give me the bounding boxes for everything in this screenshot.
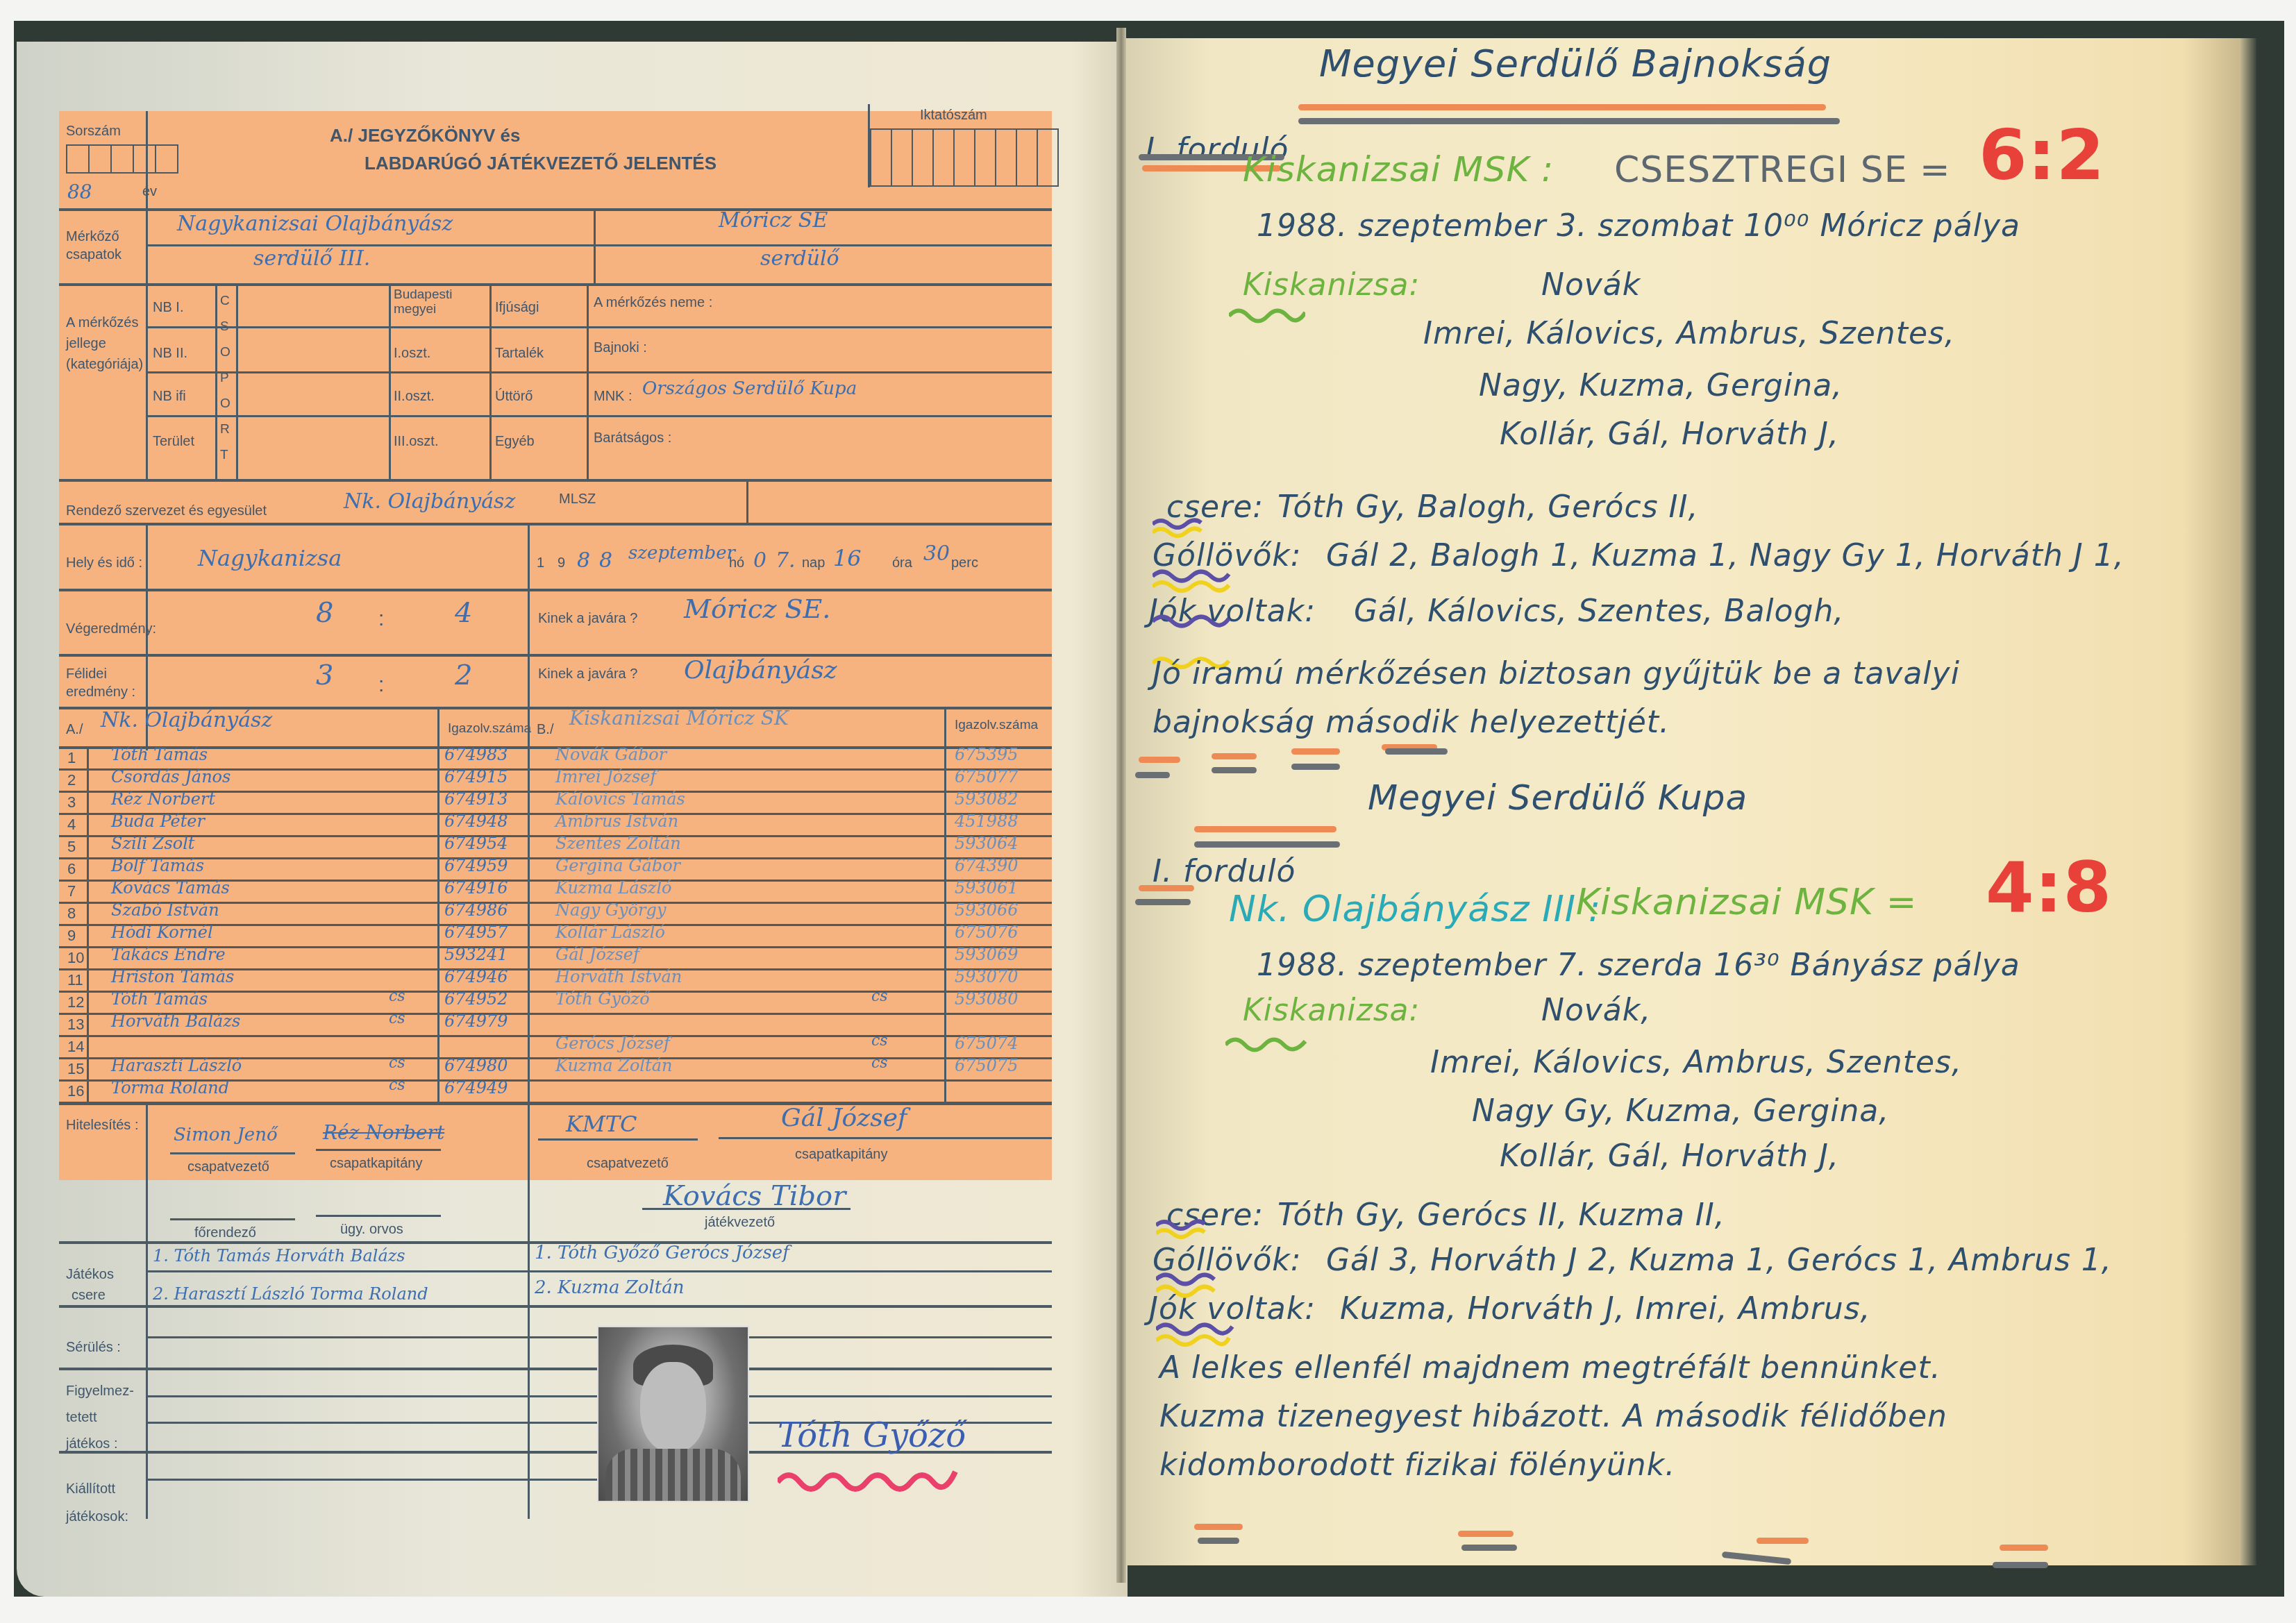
iktatoszam-boxes <box>870 128 1059 187</box>
player-a-number: 6 <box>67 860 76 878</box>
match-type-mnk-value: Országos Serdülő Kupa <box>642 378 857 399</box>
score-separator: : <box>378 607 384 630</box>
match2-lineup-2: Nagy Gy, Kuzma, Gergina, <box>1472 1093 1889 1129</box>
csoport-label: CSOPORT <box>220 288 230 468</box>
score-separator: : <box>378 673 384 696</box>
iktatoszam-label: Iktatószám <box>920 108 987 123</box>
felidei-a: 3 <box>316 659 333 691</box>
team-b-category: serdülő <box>760 246 839 271</box>
player-b-id: 675075 <box>955 1056 1019 1075</box>
day-digit-2: 7. <box>776 548 796 573</box>
green-wavy-underline <box>1225 1034 1309 1055</box>
match1-score: 6:2 <box>1979 115 2105 196</box>
player-a-id: 674948 <box>444 811 508 831</box>
player-b-name: Gerócs József <box>555 1034 670 1053</box>
ev-label: év <box>142 184 157 199</box>
day-label: nap <box>802 555 825 571</box>
sig-b-captain-label: csapatkapitány <box>795 1147 887 1162</box>
notebook-title-1: Megyei Serdülő Bajnokság <box>1319 42 1832 85</box>
forendezo-label: főrendező <box>194 1225 256 1241</box>
player-a-number: 9 <box>67 927 76 945</box>
vegeredmeny-winner-label: Kinek a javára ? <box>538 611 637 626</box>
match2-lineup-3: Kollár, Gál, Horváth J, <box>1500 1138 1839 1174</box>
player-a-id: 674913 <box>444 789 508 809</box>
match1-csere: Tóth Gy, Balogh, Gerócs II, <box>1277 489 1698 525</box>
player-b-id: 675395 <box>955 745 1019 764</box>
sorszam-label: Sorszám <box>66 124 121 139</box>
player-b-name: Horváth István <box>555 967 682 986</box>
player-b-id: 675076 <box>955 923 1019 942</box>
player-a-name: Bolf Tamás <box>111 856 204 875</box>
player-b-mark: cs <box>871 1032 888 1050</box>
match2-good: Kuzma, Horváth J, Imrei, Ambrus, <box>1340 1291 1871 1327</box>
cat-i-oszt: I.oszt. <box>394 346 430 361</box>
player-a-number: 11 <box>67 971 83 989</box>
minute-value: 30 <box>923 541 950 566</box>
player-a-id: 674959 <box>444 856 508 875</box>
player-a-name: Kovács Tamás <box>111 878 230 898</box>
player-photo <box>597 1326 749 1502</box>
match-report-form: Sorszám 88 év A./ JEGYZŐKÖNYV és LABDARÚ… <box>59 111 1052 1180</box>
player-a-mark: cs <box>389 1010 405 1027</box>
player-b-name: Gál József <box>555 945 639 964</box>
hely-value: Nagykanizsa <box>198 545 342 571</box>
match1-team-label: Kiskanizsa: <box>1243 267 1420 303</box>
player-a-mark: cs <box>389 988 405 1005</box>
player-a-id: 674949 <box>444 1078 508 1098</box>
match1-lineup-0: Novák <box>1541 267 1641 303</box>
sig-a-leader: Simon Jenő <box>174 1125 278 1145</box>
cat-iii-oszt: III.oszt. <box>394 434 438 449</box>
sig-b-captain: Gál József <box>781 1104 907 1132</box>
sorszam-boxes <box>66 144 178 174</box>
month-value: szeptember <box>628 543 735 564</box>
team-a-header: Nk. Olajbányász <box>101 708 272 732</box>
match1-lineup-3: Kollár, Gál, Horváth J, <box>1500 417 1839 452</box>
player-a-id: 674916 <box>444 878 508 898</box>
player-a-name: Hriston Tamás <box>111 967 234 986</box>
jelleg-label: A mérkőzésjellege(kategóriája) <box>66 312 143 375</box>
match2-comment-0: A lelkes ellenfél majdnem megtréfált ben… <box>1159 1350 1941 1386</box>
player-b-id: 451988 <box>955 811 1019 831</box>
match1-lineup-2: Nagy, Kuzma, Gergina, <box>1479 368 1843 403</box>
player-a-number: 12 <box>67 993 84 1011</box>
player-b-name: Kollár László <box>555 923 665 942</box>
sig-a-leader-label: csapatvezető <box>187 1159 269 1175</box>
match2-comment-2: kidomborodott fizikai fölényünk. <box>1159 1447 1675 1483</box>
csere-b-1: 1. Tóth Győző Gerócs József <box>535 1243 789 1263</box>
player-b-mark: cs <box>871 1054 888 1072</box>
photo-caption: Tóth Győző <box>778 1416 966 1455</box>
player-a-name: Szili Zsolt <box>111 834 195 853</box>
hour-value: 16 <box>833 545 862 571</box>
player-b-name: Nagy György <box>555 900 666 920</box>
felidei-winner: Olajbányász <box>684 656 837 684</box>
player-b-id: 593082 <box>955 789 1019 809</box>
match-type-mnk: MNK : <box>594 389 632 404</box>
sig-a-captain: Réz Norbert <box>323 1121 444 1144</box>
player-a-number: 16 <box>67 1082 84 1100</box>
cat-nb2: NB II. <box>153 346 187 361</box>
player-a-number: 1 <box>67 749 76 767</box>
player-b-name: Novák Gábor <box>555 745 667 764</box>
purple-yellow-wavy-underlines <box>1156 1218 1239 1347</box>
player-b-id: 593070 <box>955 967 1019 986</box>
cat-budapesti: Budapesti megyei <box>394 288 484 317</box>
player-a-name: Csordás János <box>111 767 231 787</box>
figyelmeztetett-label: Figyelmez-tetettjátékos : <box>66 1378 134 1457</box>
felidei-winner-label: Kinek a javára ? <box>538 666 637 682</box>
player-b-id: 675074 <box>955 1034 1019 1053</box>
team-a-prefix: A./ <box>66 722 83 737</box>
sig-b-leader-label: csapatvezető <box>587 1156 669 1171</box>
player-a-id: 674986 <box>444 900 508 920</box>
match1-away: CSESZTREGI SE = <box>1614 149 1951 191</box>
vegeredmeny-label: Végeredmény: <box>66 621 156 637</box>
player-a-name: Hódi Kornél <box>111 923 213 942</box>
form-title: A./ JEGYZŐKÖNYV és <box>330 125 521 146</box>
player-b-id: 593080 <box>955 989 1019 1009</box>
cat-egyeb: Egyéb <box>495 434 535 449</box>
team-b-name: Móricz SE <box>719 208 828 233</box>
player-a-number: 2 <box>67 771 76 789</box>
player-a-number: 10 <box>67 949 84 967</box>
hour-label: óra <box>892 555 912 571</box>
match1-good: Gál, Kálovics, Szentes, Balogh, <box>1354 594 1844 629</box>
match2-home: Nk. Olajbányász III : <box>1229 889 1601 930</box>
page-edge <box>2239 38 2256 1565</box>
match1-info: 1988. szeptember 3. szombat 10⁰⁰ Móricz … <box>1257 208 2020 244</box>
match2-score: 4:8 <box>1986 847 2112 928</box>
player-b-name: Imrei József <box>555 767 656 787</box>
match1-goals: Gál 2, Balogh 1, Kuzma 1, Nagy Gy 1, Hor… <box>1326 538 2125 573</box>
match2-info: 1988. szeptember 7. szerda 16³⁰ Bányász … <box>1257 948 2020 983</box>
player-a-name: Horváth Balázs <box>111 1011 240 1031</box>
minute-label: perc <box>951 555 978 571</box>
player-a-name: Harasztí László <box>111 1056 242 1075</box>
match2-lineup-0: Novák, <box>1541 993 1651 1028</box>
hitelesites-label: Hitelesítés : <box>66 1118 138 1133</box>
round2-label: I. forduló <box>1153 854 1296 889</box>
player-a-name: Takács Endre <box>111 945 226 964</box>
player-b-name: Tóth Győző <box>555 989 650 1009</box>
player-a-id: 674979 <box>444 1011 508 1031</box>
green-wavy-underline <box>1229 305 1305 326</box>
match1-comment-0: Jó iramú mérkőzésen biztosan gyűjtük be … <box>1153 656 1960 691</box>
player-b-id: 674390 <box>955 856 1019 875</box>
player-b-id: 593066 <box>955 900 1019 920</box>
player-a-number: 14 <box>67 1038 84 1056</box>
book-spine <box>1116 28 1126 1583</box>
csere-b-2: 2. Kuzma Zoltán <box>535 1277 685 1298</box>
player-b-id: 675077 <box>955 767 1019 787</box>
id-header-a: Igazolv.száma <box>448 722 531 737</box>
rendezo-label: Rendező szervezet és egyesület <box>66 503 267 519</box>
player-a-id: 593241 <box>444 945 508 964</box>
cat-nbifi: NB ifi <box>153 389 186 404</box>
cat-tartalek: Tartalék <box>495 346 544 361</box>
player-a-name: Tóth Tamás <box>111 745 208 764</box>
player-a-number: 15 <box>67 1060 84 1078</box>
player-a-number: 13 <box>67 1016 84 1034</box>
pink-wavy-underline <box>778 1465 958 1492</box>
player-a-id: 674980 <box>444 1056 508 1075</box>
player-a-id: 674952 <box>444 989 508 1009</box>
ev-value: 88 <box>67 180 92 203</box>
csere-label-2: csere <box>72 1288 106 1303</box>
team-b-prefix: B./ <box>537 722 553 737</box>
player-a-mark: cs <box>389 1054 405 1072</box>
vegeredmeny-winner: Móricz SE. <box>684 594 830 624</box>
player-a-name: Tóth Tamás <box>111 989 208 1009</box>
form-subtitle: LABDARÚGÓ JÁTÉKVEZETŐ JELENTÉS <box>364 153 717 174</box>
purple-yellow-wavy-underlines <box>1153 517 1236 628</box>
player-a-id: 674915 <box>444 767 508 787</box>
player-a-number: 3 <box>67 793 76 811</box>
year-digit-2: 9 <box>558 555 565 571</box>
team-a-category: serdülő III. <box>253 246 370 271</box>
year-digit-3: 8 <box>577 548 590 573</box>
day-digit-1: 0 <box>753 548 766 573</box>
csere-a-1: 1. Tóth Tamás Horváth Balázs <box>153 1246 405 1265</box>
felidei-b: 2 <box>455 659 472 691</box>
serules-label: Sérülés : <box>66 1340 121 1355</box>
kiallitott-label: Kiállítottjátékosok: <box>66 1475 128 1531</box>
player-a-number: 4 <box>67 816 76 834</box>
player-b-name: Gergina Gábor <box>555 856 680 875</box>
vegeredmeny-b: 4 <box>455 597 472 629</box>
rendezo-value: Nk. Olajbányász <box>344 489 515 514</box>
match-type-baratsagos: Barátságos : <box>594 430 671 446</box>
match2-csere: Tóth Gy, Gerócs II, Kuzma II, <box>1277 1197 1725 1233</box>
player-b-name: Kuzma László <box>555 878 672 898</box>
player-a-number: 8 <box>67 905 76 923</box>
match-type-label: A mérkőzés neme : <box>594 295 712 310</box>
team-a-name: Nagykanizsai Olajbányász <box>177 212 453 236</box>
player-a-mark: cs <box>389 1077 405 1094</box>
match2-away: Kiskanizsai MSK = <box>1576 882 1917 923</box>
year-digit-4: 8 <box>599 548 612 573</box>
player-b-name: Kálovics Tamás <box>555 789 685 809</box>
vegeredmeny-a: 8 <box>316 597 333 629</box>
felidei-label-2: eredmény : <box>66 684 135 700</box>
player-a-id: 674946 <box>444 967 508 986</box>
id-header-b: Igazolv.száma <box>955 718 1038 733</box>
sig-a-captain-label: csapatkapitány <box>330 1156 422 1171</box>
player-b-name: Ambrus István <box>555 811 678 831</box>
player-a-id: 674957 <box>444 923 508 942</box>
player-a-name: Szabó István <box>111 900 219 920</box>
hely-label: Hely és idő : <box>66 555 142 571</box>
match1-lineup-1: Imrei, Kálovics, Ambrus, Szentes, <box>1423 316 1955 351</box>
match1-comment-1: bajnokság második helyezettjét. <box>1153 705 1670 740</box>
player-a-number: 7 <box>67 882 76 900</box>
match2-team-label: Kiskanizsa: <box>1243 993 1420 1028</box>
player-a-id: 674983 <box>444 745 508 764</box>
year-digit-1: 1 <box>537 555 544 571</box>
match-type-bajnoki: Bajnoki : <box>594 340 647 355</box>
player-b-name: Kuzma Zoltán <box>555 1056 672 1075</box>
player-b-id: 593064 <box>955 834 1019 853</box>
felidei-label: Félidei <box>66 666 107 682</box>
notebook-title-2: Megyei Serdülő Kupa <box>1368 777 1748 818</box>
match1-home: Kiskanizsai MSK : <box>1243 149 1554 190</box>
cat-nb1: NB I. <box>153 300 183 315</box>
csapatok-label: csapatok <box>66 247 121 262</box>
player-a-name: Torma Roland <box>111 1078 229 1098</box>
player-b-id: 593061 <box>955 878 1019 898</box>
merkozo-label: Mérkőző <box>66 229 119 244</box>
csere-label: Játékos <box>66 1267 114 1282</box>
player-a-id: 674954 <box>444 834 508 853</box>
match2-lineup-1: Imrei, Kálovics, Ambrus, Szentes, <box>1430 1045 1962 1080</box>
orvos-label: ügy. orvos <box>340 1222 403 1237</box>
cat-uttoro: Úttörő <box>495 389 533 404</box>
player-a-number: 5 <box>67 838 76 856</box>
csere-a-2: 2. Harasztí László Torma Roland <box>153 1284 428 1304</box>
month-label: hó <box>729 555 744 571</box>
referee-label: játékvezető <box>705 1215 775 1230</box>
player-a-name: Réz Norbert <box>111 789 215 809</box>
cat-terulet: Terület <box>153 434 194 449</box>
cat-ii-oszt: II.oszt. <box>394 389 435 404</box>
mlsz-label: MLSZ <box>559 491 596 507</box>
match2-comment-1: Kuzma tizenegyest hibázott. A második fé… <box>1159 1399 1947 1434</box>
cat-ifjusagi: Ifjúsági <box>495 300 539 315</box>
team-b-header: Kiskanizsai Móricz SK <box>569 707 789 730</box>
player-b-mark: cs <box>871 988 888 1005</box>
sig-b-leader: KMTC <box>566 1111 637 1137</box>
player-a-name: Buda Péter <box>111 811 205 831</box>
match2-goals: Gál 3, Horváth J 2, Kuzma 1, Gerócs 1, A… <box>1326 1243 2112 1278</box>
player-b-name: Szentes Zoltán <box>555 834 681 853</box>
player-b-id: 593069 <box>955 945 1019 964</box>
